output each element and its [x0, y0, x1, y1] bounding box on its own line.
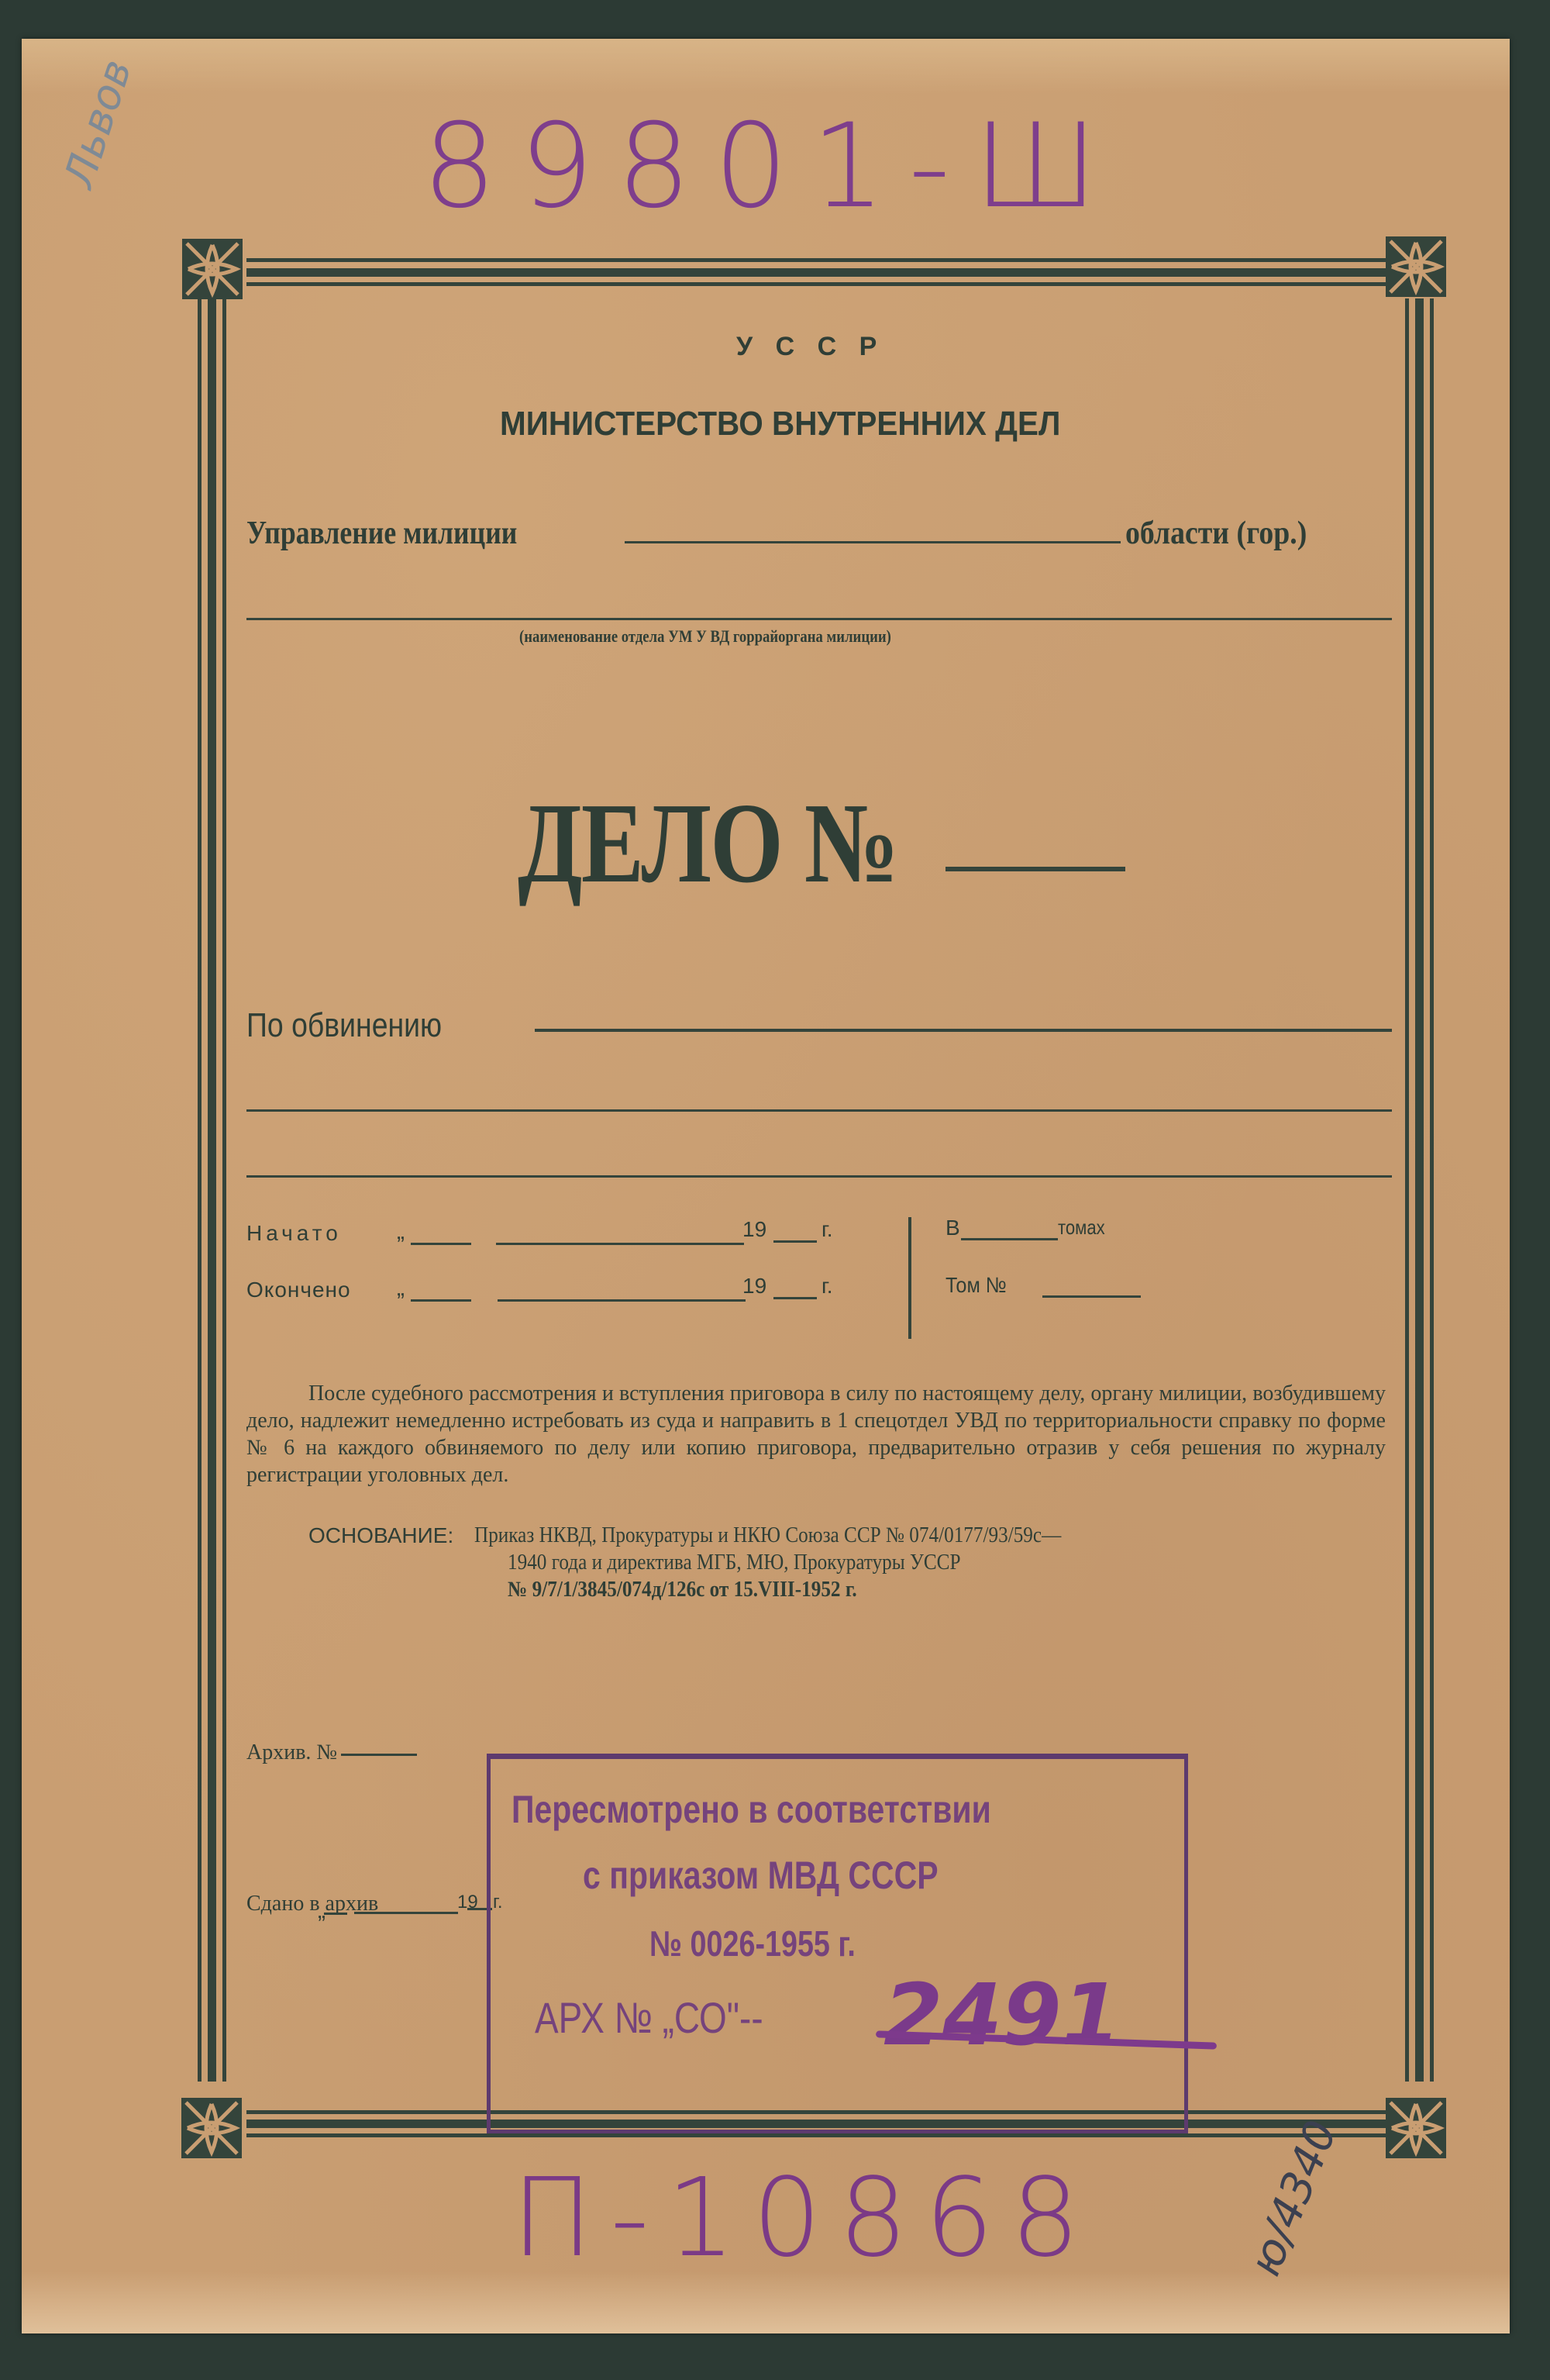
ended-year-suffix: г.: [821, 1274, 833, 1299]
department-caption: (наименование отдела УМ У ВД горрайорган…: [519, 626, 891, 647]
volumes-prefix: В: [945, 1216, 960, 1240]
ministry-heading: МИНИСТЕРСТВО ВНУТРЕННИХ ДЕЛ: [500, 405, 1060, 443]
stamp-line-1: Пересмотрено в соответствии: [511, 1787, 991, 1832]
frame-right-thin-1: [1405, 298, 1409, 2082]
submitted-day-fill[interactable]: [324, 1913, 347, 1915]
started-year-prefix: 19: [742, 1217, 766, 1242]
started-comma: „: [397, 1219, 405, 1245]
worn-top-edge: [22, 39, 1510, 93]
handwritten-archive-number: 2491: [883, 1965, 1121, 2064]
archive-number-label: Архив. №: [246, 1740, 337, 1765]
ended-day-field[interactable]: [411, 1299, 471, 1302]
frame-top-thin-1: [246, 258, 1386, 262]
frame-left-thin-1: [198, 298, 201, 2082]
frame-right-thick: [1415, 298, 1424, 2082]
volumes-count-field[interactable]: [961, 1238, 1058, 1240]
case-title: ДЕЛО №: [518, 778, 897, 909]
stamp-line-4: АРХ № „СО"--: [535, 1992, 763, 2043]
dates-divider: [908, 1217, 911, 1339]
volume-number-field[interactable]: [1042, 1295, 1141, 1298]
ended-year-field[interactable]: [773, 1297, 817, 1299]
frame-left-thin-2: [222, 298, 226, 2082]
basis-line-2: 1940 года и директива МГБ, МЮ, Прокурату…: [508, 1550, 960, 1575]
started-year-suffix: г.: [821, 1217, 833, 1242]
ended-label: Окончено: [246, 1278, 351, 1302]
frame-top-thin-2: [246, 282, 1386, 286]
frame-bottom-thin-2: [246, 2133, 1386, 2137]
started-month-rule[interactable]: [496, 1243, 744, 1245]
basis-line-1: Приказ НКВД, Прокуратуры и НКЮ Союза ССР…: [474, 1523, 1061, 1548]
volumes-suffix: томах: [1058, 1216, 1105, 1240]
case-number-field[interactable]: [945, 867, 1125, 871]
charge-label: По обвинению: [246, 1006, 442, 1045]
started-label: Начато: [246, 1221, 342, 1246]
archive-number-field[interactable]: [341, 1754, 417, 1756]
volume-no-label: Том №: [945, 1273, 1007, 1298]
ended-year-prefix: 19: [742, 1274, 766, 1299]
department-subdivision-field[interactable]: [246, 618, 1392, 620]
charge-field-line-3[interactable]: [246, 1175, 1392, 1178]
basis-label: ОСНОВАНИЕ:: [308, 1523, 453, 1548]
handwritten-bottom-number: П-10868: [511, 2155, 1097, 2282]
ornament-corner-bottom-left-icon: [181, 2098, 242, 2158]
department-name-field[interactable]: [625, 541, 1121, 543]
republic-heading: У С С Р: [736, 332, 884, 362]
stamp-line-3: № 0026-1955 г.: [649, 1923, 856, 1964]
charge-field-line-2[interactable]: [246, 1109, 1392, 1112]
frame-top-thick: [246, 268, 1386, 277]
ornament-corner-top-right-icon: [1386, 236, 1446, 297]
submitted-date-month-field[interactable]: [354, 1912, 458, 1914]
basis-line-3: № 9/7/1/3845/074д/126с от 15.VIII-1952 г…: [508, 1578, 857, 1602]
ornament-corner-bottom-right-icon: [1386, 2098, 1446, 2158]
department-suffix: области (гор.): [1125, 515, 1307, 552]
started-day-field[interactable]: [411, 1243, 471, 1245]
stamp-line-2: с приказом МВД СССР: [583, 1853, 939, 1898]
instructions-paragraph: После судебного рассмотрения и вступлени…: [246, 1380, 1386, 1488]
charge-field-line-1[interactable]: [535, 1029, 1392, 1032]
submitted-comma: „: [318, 1898, 325, 1924]
ended-month-field[interactable]: [498, 1299, 746, 1302]
handwritten-top-number: 89801-Ш: [422, 99, 1121, 234]
frame-left-thick: [208, 298, 216, 2082]
started-year-field[interactable]: [773, 1240, 817, 1243]
ornament-corner-top-left-icon: [182, 239, 243, 299]
frame-right-thin-2: [1430, 298, 1434, 2082]
department-label: Управление милиции: [246, 515, 517, 552]
ended-comma: „: [397, 1275, 405, 1302]
